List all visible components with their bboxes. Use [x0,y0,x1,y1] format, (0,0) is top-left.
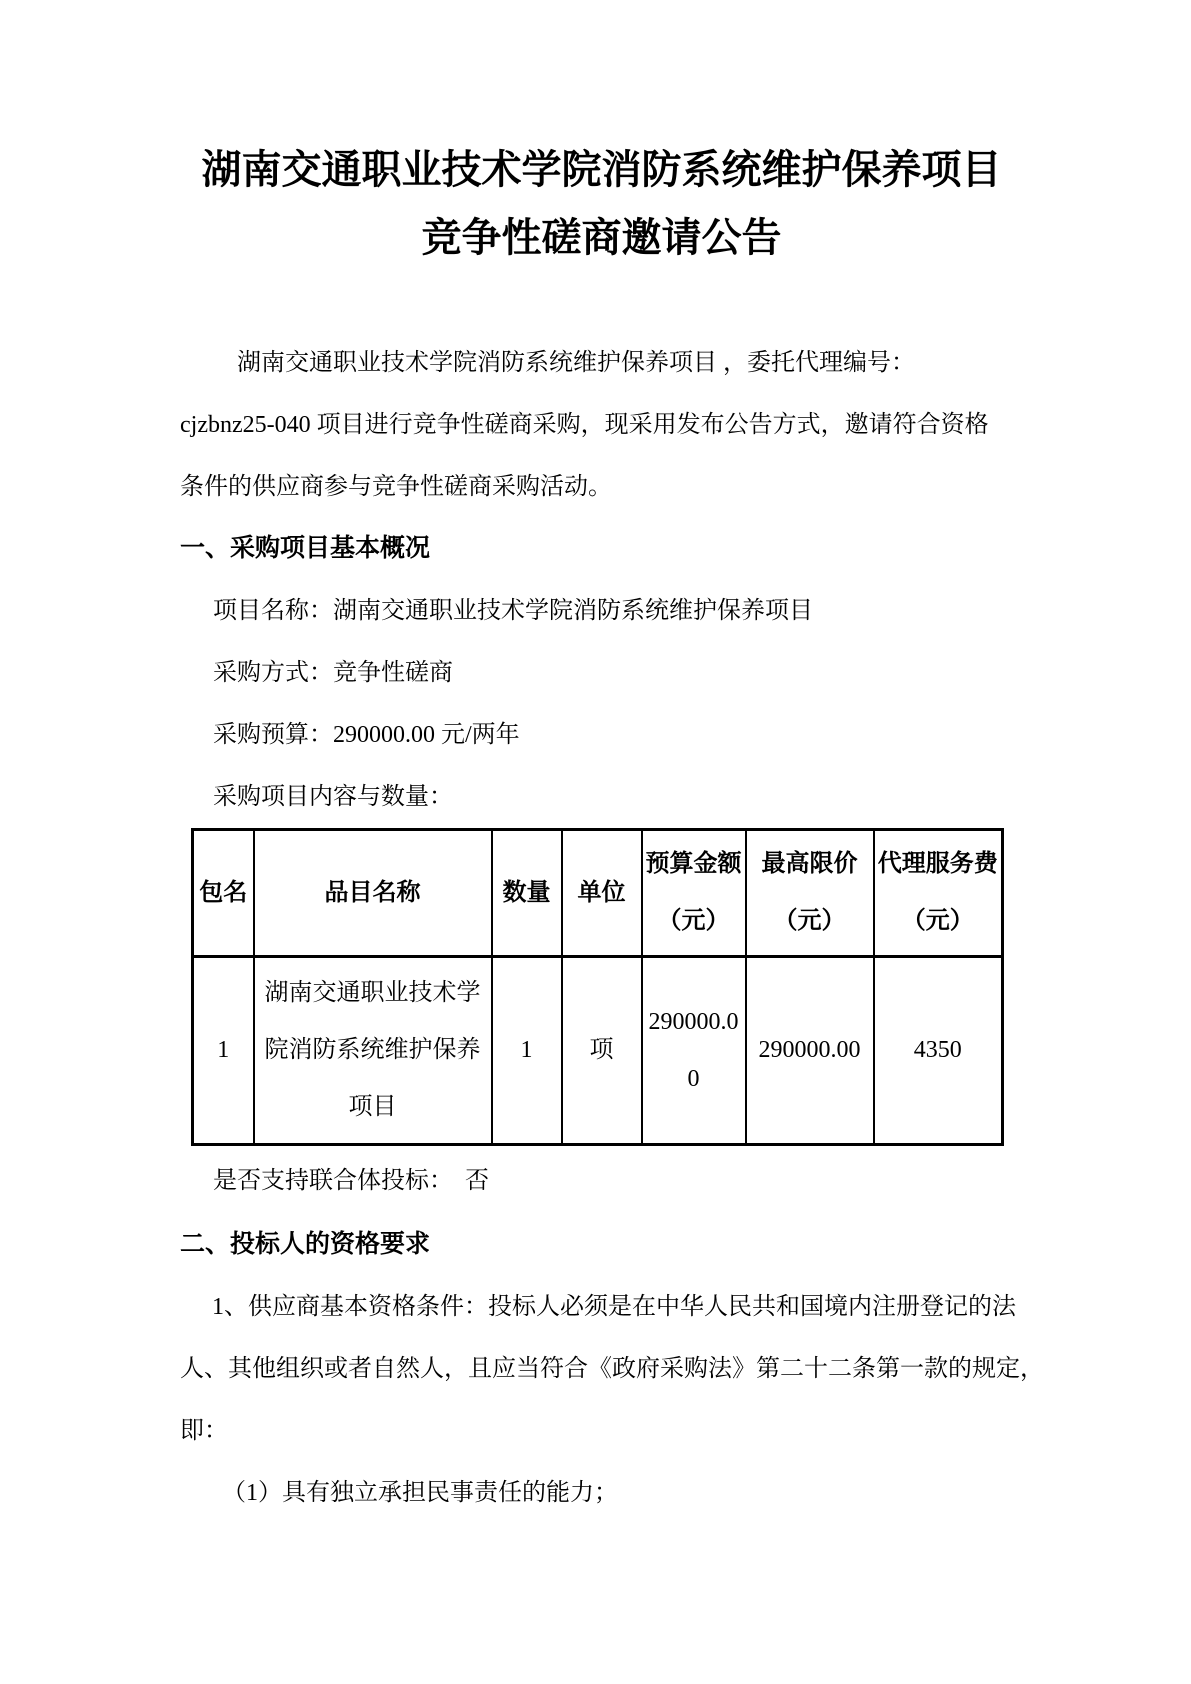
header-package: 包名 [193,830,254,957]
intro-line-2: cjzbnz25-040 项目进行竞争性磋商采购，现采用发布公告方式，邀请符合资… [180,394,1023,456]
document-page: 湖南交通职业技术学院消防系统维护保养项目 竞争性磋商邀请公告 湖南交通职业技术学… [0,0,1191,1524]
cell-package: 1 [193,957,254,1145]
procurement-budget-line: 采购预算：290000.00 元/两年 [180,704,1023,766]
header-budget-amount: 预算金额 （元） [642,830,746,957]
qualification-line-3: 即： [180,1400,1023,1462]
qualification-line-2: 人、其他组织或者自然人，且应当符合《政府采购法》第二十二条第一款的规定， [180,1338,1023,1400]
project-name-line: 项目名称：湖南交通职业技术学院消防系统维护保养项目 [180,580,1023,642]
qualification-line-1: 1、供应商基本资格条件：投标人必须是在中华人民共和国境内注册登记的法 [180,1276,1023,1338]
section-1-heading: 一、采购项目基本概况 [180,518,1023,580]
document-title-line-2: 竞争性磋商邀请公告 [180,204,1023,272]
table-header-row: 包名 品目名称 数量 单位 预算金额 （元） 最高限价 （元） 代理服务费 （元… [193,830,1003,957]
procurement-method-line: 采购方式：竞争性磋商 [180,642,1023,704]
cell-budget-amount: 290000.0 0 [642,957,746,1145]
document-title: 湖南交通职业技术学院消防系统维护保养项目 竞争性磋商邀请公告 [180,0,1023,272]
cell-unit: 项 [562,957,642,1145]
header-agency-fee: 代理服务费 （元） [874,830,1003,957]
header-max-price: 最高限价 （元） [746,830,874,957]
intro-line-3: 条件的供应商参与竞争性磋商采购活动。 [180,456,1023,518]
table-row: 1 湖南交通职业技术学 院消防系统维护保养 项目 1 项 290000.0 0 … [193,957,1003,1145]
procurement-items-table: 包名 品目名称 数量 单位 预算金额 （元） 最高限价 （元） 代理服务费 （元… [191,828,1004,1146]
document-title-line-1: 湖南交通职业技术学院消防系统维护保养项目 [180,136,1023,204]
content-quantity-label: 采购项目内容与数量： [180,766,1023,828]
intro-paragraph: 湖南交通职业技术学院消防系统维护保养项目 ，委托代理编号： cjzbnz25-0… [180,332,1023,518]
joint-bid-line: 是否支持联合体投标： 否 [180,1150,1023,1212]
header-unit: 单位 [562,830,642,957]
header-item-name: 品目名称 [254,830,492,957]
header-quantity: 数量 [492,830,562,957]
cell-quantity: 1 [492,957,562,1145]
qualification-line-4: （1）具有独立承担民事责任的能力； [180,1462,1023,1524]
cell-max-price: 290000.00 [746,957,874,1145]
cell-agency-fee: 4350 [874,957,1003,1145]
cell-item-name: 湖南交通职业技术学 院消防系统维护保养 项目 [254,957,492,1145]
intro-line-1: 湖南交通职业技术学院消防系统维护保养项目 ，委托代理编号： [180,332,1023,394]
section-2-heading: 二、投标人的资格要求 [180,1214,1023,1276]
